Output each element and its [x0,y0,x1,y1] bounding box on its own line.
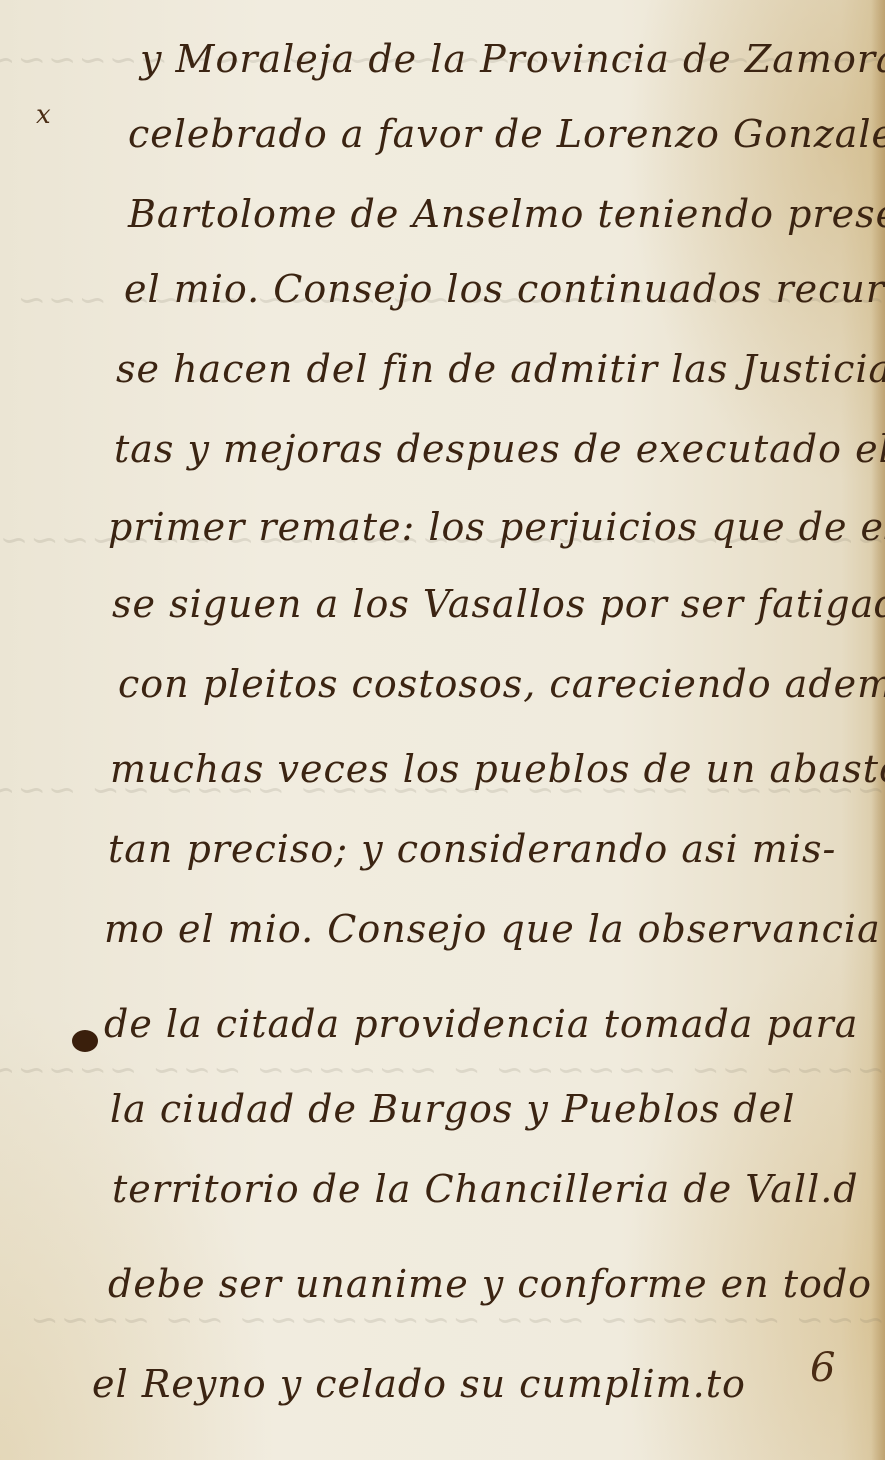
text-line-14: la ciudad de Burgos y Pueblos del [110,1090,795,1128]
text-line-11: tan preciso; y considerando asi mis- [108,830,836,868]
manuscript-text: y Moraleja de la Provincia de Zamora cel… [0,0,885,1460]
text-line-12: mo el mio. Consejo que la observancia [104,910,881,948]
manuscript-page: ~~~ ~~~~ ~ ~~~~~ ~~~~~ ~~~ ~~~~~~ ~~~~ ~… [0,0,885,1460]
text-line-7: primer remate: los perjuicios que de est… [108,508,885,546]
text-line-16: debe ser unanime y conforme en todo [108,1265,872,1303]
text-line-4: el mio. Consejo los continuados recursos… [124,270,885,308]
text-line-8: se siguen a los Vasallos por ser fatigad… [112,585,885,623]
text-line-17: el Reyno y celado su cumplim.to [92,1365,746,1403]
text-line-1: y Moraleja de la Provincia de Zamora [140,40,885,78]
text-line-13: de la citada providencia tomada para [104,1005,858,1043]
text-line-10: muchas veces los pueblos de un abasto [110,750,885,788]
text-line-3: Bartolome de Anselmo teniendo presente [128,195,885,233]
text-line-6: tas y mejoras despues de executado el [114,430,885,468]
text-line-15: territorio de la Chancilleria de Vall.d [112,1170,859,1208]
text-line-9: con pleitos costosos, careciendo ademas [118,665,885,703]
text-line-2: celebrado a favor de Lorenzo Gonzalez y [128,115,885,153]
text-line-5: se hacen del fin de admitir las Justicia… [116,350,885,388]
